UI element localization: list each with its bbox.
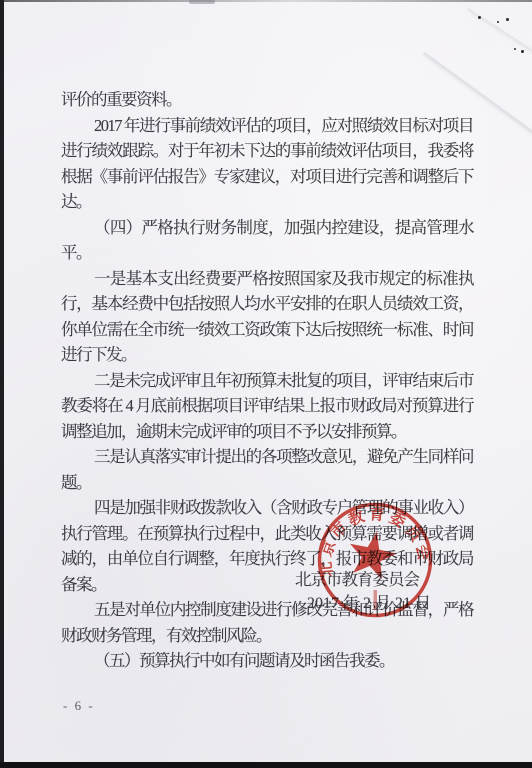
paragraph: 二是未完成评审且年初预算未批复的项目，评审结束后市教委将在 4 月底前根据项目评… (61, 368, 473, 445)
paragraph: （五）预算执行中如有问题请及时函告我委。 (61, 648, 473, 674)
paragraph: 评价的重要资料。 (61, 87, 473, 113)
paragraph: 一是基本支出经费要严格按照国家及我市规定的标准执行，基本经费中包括按照人均水平安… (61, 266, 473, 368)
scan-edge-top (0, 0, 532, 2)
paragraph: 三是认真落实审计提出的各项整改意见，避免产生同样问题。 (61, 444, 473, 495)
paragraph: （四）严格执行财务制度，加强内控建设，提高管理水平。 (61, 215, 473, 266)
scan-speck (514, 48, 516, 50)
scan-speck (521, 50, 524, 53)
signature-date: 2017 年 2 月 21 日 (307, 590, 431, 613)
paragraph: 2017 年进行事前绩效评估的项目，应对照绩效目标对项目进行绩效跟踪。对于年初未… (61, 113, 473, 215)
scan-edge-left (0, 0, 4, 768)
scan-speck (497, 21, 499, 23)
scan-speck (506, 18, 509, 21)
scan-smudge (189, 0, 215, 4)
scanned-document-page: 评价的重要资料。2017 年进行事前绩效评估的项目，应对照绩效目标对项目进行绩效… (0, 0, 532, 768)
page-number: - 6 - (63, 698, 95, 714)
scan-edge-bottom (0, 762, 532, 768)
scan-speck (478, 16, 481, 19)
signature-organization: 北京市教育委员会 (295, 566, 419, 590)
